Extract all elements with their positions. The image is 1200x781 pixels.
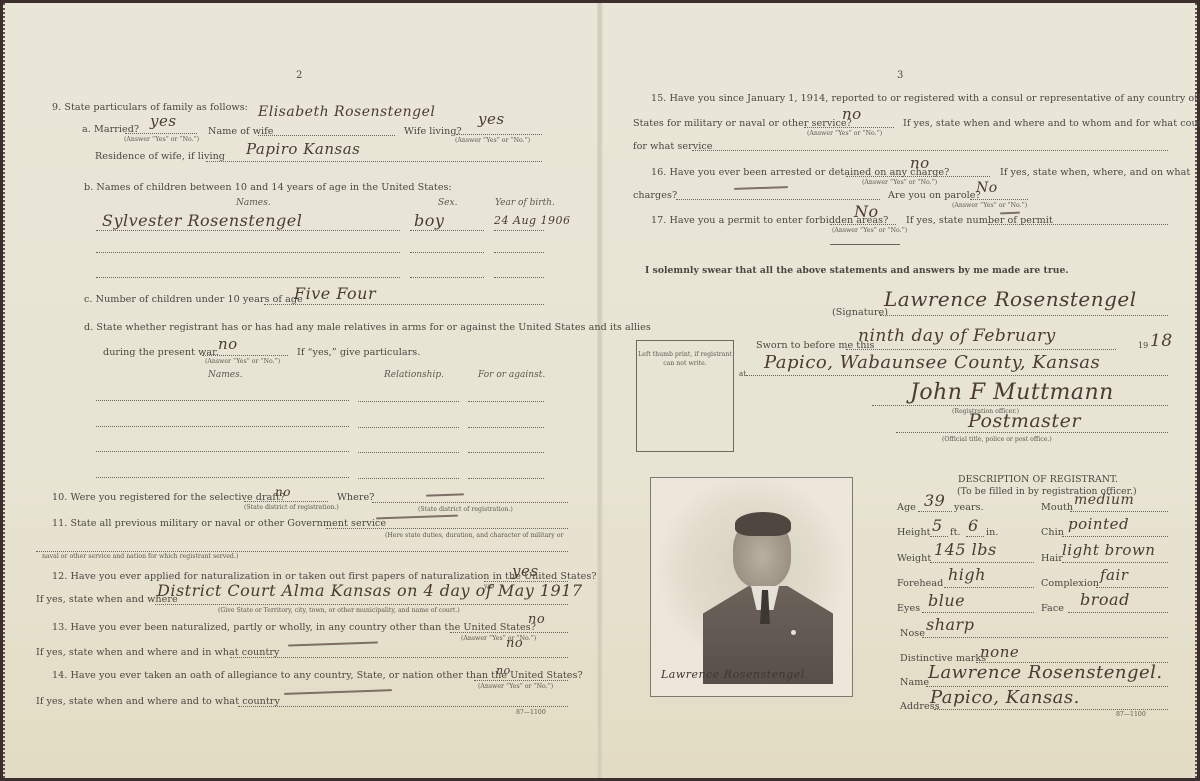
q13-line: [450, 632, 568, 633]
q11-hint-1: (Here state duties, duration, and charac…: [385, 532, 563, 539]
q9d-label-2: during the present war.: [103, 347, 219, 358]
q12-ifyes-hint: (Give State or Territory, city, town, or…: [218, 607, 460, 614]
children-header-names: Names.: [236, 198, 271, 208]
q15-value: no: [842, 105, 862, 123]
mouth-line: [1070, 511, 1168, 512]
q10-where-line: [372, 502, 568, 503]
q16-line: [846, 176, 990, 177]
mouth-label: Mouth: [1041, 502, 1073, 513]
wife-living-hint: (Answer “Yes” or “No.”): [455, 137, 530, 144]
sworn-year-prefix: 19: [1138, 341, 1148, 350]
description-title: DESCRIPTION OF REGISTRANT.: [958, 474, 1118, 485]
chin-label: Chin: [1041, 527, 1064, 538]
q10-where-label: Where?: [337, 492, 374, 503]
sworn-year: 18: [1150, 331, 1173, 351]
height-in-value: 6: [968, 516, 979, 535]
relatives-header-relationship: Relationship.: [384, 370, 444, 380]
q11-line: [326, 528, 568, 529]
photo-hair: [735, 512, 791, 536]
q16-parole-line: [970, 199, 1028, 200]
child-row-3-name-line: [96, 277, 400, 278]
height-ft-line: [930, 536, 948, 537]
height-in-line: [966, 536, 984, 537]
q9d-label-3: If “yes,” give particulars.: [297, 347, 420, 358]
relative-row-4-rel-line: [358, 478, 459, 479]
q17-line: [830, 224, 896, 225]
address-line: [934, 709, 1168, 710]
child-row-1-sex-line: [410, 230, 484, 231]
mouth-value: medium: [1074, 492, 1134, 508]
q16-parole-label: Are you on parole?: [888, 190, 981, 201]
q10-where-hint: (State district of registration.): [418, 506, 513, 513]
signature-value: Lawrence Rosenstengel: [884, 287, 1137, 311]
q16-charges-label: charges?: [633, 190, 677, 201]
q10-line: [244, 501, 328, 502]
hair-line: [1062, 562, 1168, 563]
nose-line: [922, 637, 1168, 638]
page-spine: [597, 3, 603, 778]
q13-hint: (Answer “Yes” or “No.”): [461, 635, 536, 642]
address-value: Papico, Kansas.: [930, 687, 1080, 708]
hair-label: Hair: [1041, 553, 1063, 564]
child-row-2-name-line: [96, 252, 400, 253]
q10-hint: (State district of registration.): [244, 504, 339, 511]
q9d-hint: (Answer “Yes” or “No.”): [205, 358, 280, 365]
relatives-header-for-against: For or against.: [478, 370, 545, 380]
child-row-1-name-line: [96, 230, 400, 231]
divider-rule: [830, 244, 900, 245]
wife-living-value: yes: [478, 110, 505, 128]
q9c-line: [264, 304, 544, 305]
q16-charges-line: [676, 199, 880, 200]
q12-ifyes-line: [155, 604, 568, 605]
q14-line: [474, 680, 568, 681]
relative-row-2-rel-line: [358, 427, 459, 428]
q10-value: no: [275, 485, 291, 499]
face-line: [1068, 612, 1168, 613]
q15-hint: (Answer “Yes” or “No.”): [807, 130, 882, 137]
sworn-line: [846, 349, 1116, 350]
married-field-line: [125, 133, 197, 134]
page-number-left: 2: [296, 70, 302, 81]
forehead-label: Forehead: [897, 578, 943, 589]
weight-label: Weight: [897, 553, 931, 564]
age-line: [918, 511, 952, 512]
eyes-value: blue: [928, 591, 965, 610]
children-header-sex: Sex.: [438, 198, 457, 208]
child-1-year: 24 Aug 1906: [494, 214, 571, 227]
ft-unit: ft.: [950, 527, 961, 538]
face-value: broad: [1080, 590, 1130, 609]
q12-ifyes-value: District Court Alma Kansas on 4 day of M…: [157, 581, 583, 600]
weight-value: 145 lbs: [934, 540, 997, 559]
title-line: [896, 432, 1168, 433]
q9c-value: Five Four: [294, 284, 376, 303]
complexion-label: Complexion: [1041, 578, 1099, 589]
q14-ifyes-line: [238, 706, 568, 707]
q9b-label: b. Names of children between 10 and 14 y…: [84, 182, 452, 193]
child-row-1-year-line: [494, 230, 544, 231]
relative-row-3-for-line: [468, 452, 544, 453]
relative-row-1-name-line: [96, 400, 349, 401]
child-row-2-year-line: [494, 252, 544, 253]
q14-hint: (Answer “Yes” or “No.”): [478, 683, 553, 690]
officer-value: John F Muttmann: [910, 380, 1114, 405]
photo-signature: Lawrence Rosenstengel: [661, 668, 805, 681]
registrant-photo: Lawrence Rosenstengel: [650, 477, 853, 697]
wife-living-line: [456, 134, 542, 135]
signature-label: (Signature): [832, 307, 888, 318]
relative-row-3-rel-line: [358, 452, 459, 453]
q16-parole-hint: (Answer “Yes” or “No.”): [952, 202, 1027, 209]
child-row-3-sex-line: [410, 277, 484, 278]
q13-value: no: [528, 612, 545, 627]
relative-row-1-for-line: [468, 401, 544, 402]
thumb-print-label: Left thumb print, if registrant can not …: [637, 350, 733, 368]
residence-line: [206, 161, 542, 162]
height-label: Height: [897, 527, 931, 538]
thumb-print-box: Left thumb print, if registrant can not …: [636, 340, 734, 452]
title-value: Postmaster: [968, 410, 1081, 432]
form-code-right: 87—1100: [1116, 711, 1146, 718]
q11-line-2: [36, 551, 568, 552]
hair-value: light brown: [1062, 541, 1155, 559]
wife-living-label: Wife living?: [404, 126, 462, 137]
relative-row-2-for-line: [468, 427, 544, 428]
q15-line: [804, 127, 894, 128]
officer-line: [872, 405, 1168, 406]
q17-hint: (Answer “Yes” or “No.”): [832, 227, 907, 234]
eyes-line: [922, 612, 1034, 613]
age-value: 39: [924, 491, 945, 510]
married-hint: (Answer “Yes” or “No.”): [124, 136, 199, 143]
q15-service-line: [692, 150, 1168, 151]
children-header-year: Year of birth.: [495, 198, 555, 208]
age-label: Age: [897, 502, 916, 513]
place-line: [746, 375, 1168, 376]
form-code-left: 87—1100: [516, 709, 546, 716]
height-ft-value: 5: [932, 516, 943, 535]
relatives-header-names: Names.: [208, 370, 243, 380]
signature-line: [880, 315, 1168, 316]
relative-row-4-name-line: [96, 477, 349, 478]
forehead-line: [944, 587, 1034, 588]
place-value: Papico, Wabaunsee County, Kansas: [764, 352, 1100, 373]
q16-label-2: If yes, state when, where, and on what: [1000, 167, 1190, 178]
oath-text: I solemnly swear that all the above stat…: [645, 265, 1069, 276]
weight-line: [930, 562, 1034, 563]
q17-value: No: [854, 202, 879, 221]
q14-value: no: [496, 664, 511, 677]
forehead-value: high: [948, 565, 986, 584]
relative-row-3-name-line: [96, 451, 349, 452]
q13-ifyes-value: no: [506, 636, 523, 651]
q9d-line: [202, 355, 288, 356]
wife-name-value: Elisabeth Rosenstengel: [258, 104, 435, 120]
marks-value: none: [980, 643, 1019, 661]
complexion-line: [1096, 587, 1168, 588]
q13-ifyes-line: [230, 657, 568, 658]
q16-hint: (Answer “Yes” or “No.”): [862, 179, 937, 186]
name-value: Lawrence Rosenstengel.: [928, 662, 1163, 683]
q9d-value: no: [218, 335, 238, 353]
in-unit: in.: [986, 527, 998, 538]
eyes-label: Eyes: [897, 603, 920, 614]
name-label: Name: [900, 677, 929, 688]
q17-permit-line: [988, 224, 1168, 225]
q15-label: 15. Have you since January 1, 1914, repo…: [651, 93, 1200, 104]
child-1-name: Sylvester Rosenstengel: [102, 211, 302, 230]
age-unit: years.: [954, 502, 984, 513]
child-row-3-year-line: [494, 277, 544, 278]
q11-hint-2: naval or other service and nation for wh…: [42, 553, 238, 560]
residence-value: Papiro Kansas: [246, 140, 360, 158]
wife-name-line: [258, 135, 395, 136]
married-value: yes: [150, 112, 177, 130]
relative-row-4-for-line: [468, 478, 544, 479]
q9d-label: d. State whether registrant has or has h…: [84, 322, 651, 333]
relative-row-1-rel-line: [358, 401, 459, 402]
q16-parole-value: No: [976, 180, 998, 196]
q16-value: no: [910, 154, 930, 172]
face-label: Face: [1041, 603, 1064, 614]
sworn-value: ninth day of February: [858, 326, 1056, 346]
q15-label-3: If yes, state when and where and to whom…: [903, 118, 1200, 129]
document-spread: 2 9. State particulars of family as foll…: [0, 0, 1200, 781]
title-hint: (Official title, police or post office.): [942, 436, 1052, 443]
photo-lapel-pin: [791, 630, 796, 635]
q12-value: yes: [512, 562, 539, 580]
page-number-right: 3: [897, 70, 903, 81]
chin-value: pointed: [1068, 515, 1129, 533]
at-label: at: [739, 370, 746, 378]
chin-line: [1062, 536, 1168, 537]
child-1-sex: boy: [414, 211, 444, 230]
nose-value: sharp: [926, 615, 974, 634]
complexion-value: fair: [1100, 566, 1128, 584]
relative-row-2-name-line: [96, 426, 349, 427]
child-row-2-sex-line: [410, 252, 484, 253]
